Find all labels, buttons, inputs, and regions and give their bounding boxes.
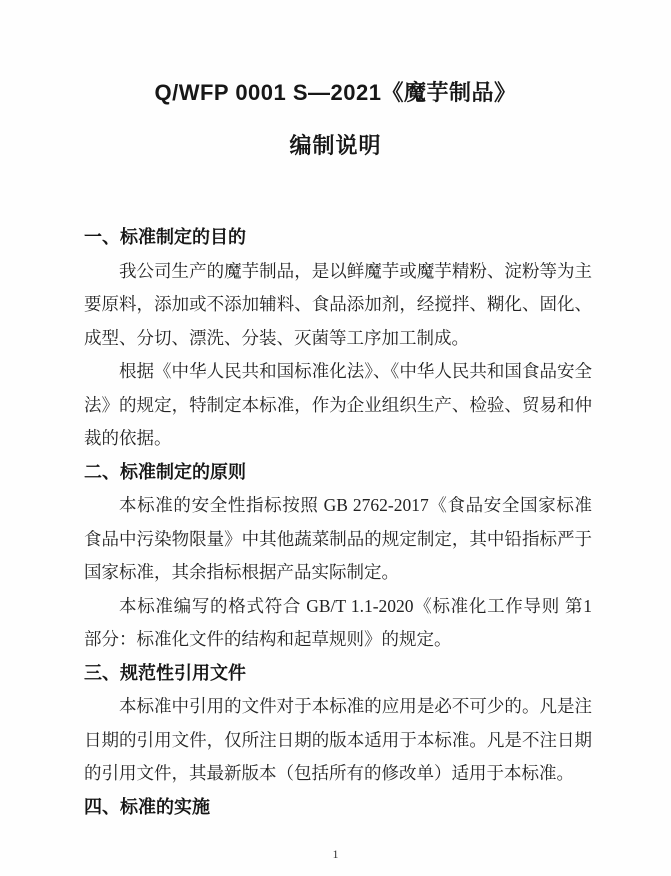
section-heading-4: 四、标准的实施 [84,791,592,825]
paragraph: 根据《中华人民共和国标准化法》、《中华人民共和国食品安全法》的规定，特制定本标准… [84,355,592,456]
document-subtitle: 编制说明 [0,129,671,160]
section-heading-1: 一、标准制定的目的 [84,221,592,255]
section-heading-2: 二、标准制定的原则 [84,456,592,490]
section-heading-3: 三、规范性引用文件 [84,657,592,691]
document-title: Q/WFP 0001 S—2021《魔芋制品》 [0,76,671,107]
paragraph: 我公司生产的魔芋制品，是以鲜魔芋或魔芋精粉、淀粉等为主要原料，添加或不添加辅料、… [84,255,592,356]
document-body: 一、标准制定的目的 我公司生产的魔芋制品，是以鲜魔芋或魔芋精粉、淀粉等为主要原料… [84,221,592,824]
page-number: 1 [0,847,671,862]
paragraph: 本标准中引用的文件对于本标准的应用是必不可少的。凡是注日期的引用文件，仅所注日期… [84,690,592,791]
paragraph: 本标准的安全性指标按照 GB 2762-2017《食品安全国家标准 食品中污染物… [84,489,592,590]
paragraph: 本标准编写的格式符合 GB/T 1.1-2020《标准化工作导则 第1部分：标准… [84,590,592,657]
document-page: Q/WFP 0001 S—2021《魔芋制品》 编制说明 一、标准制定的目的 我… [0,0,671,876]
